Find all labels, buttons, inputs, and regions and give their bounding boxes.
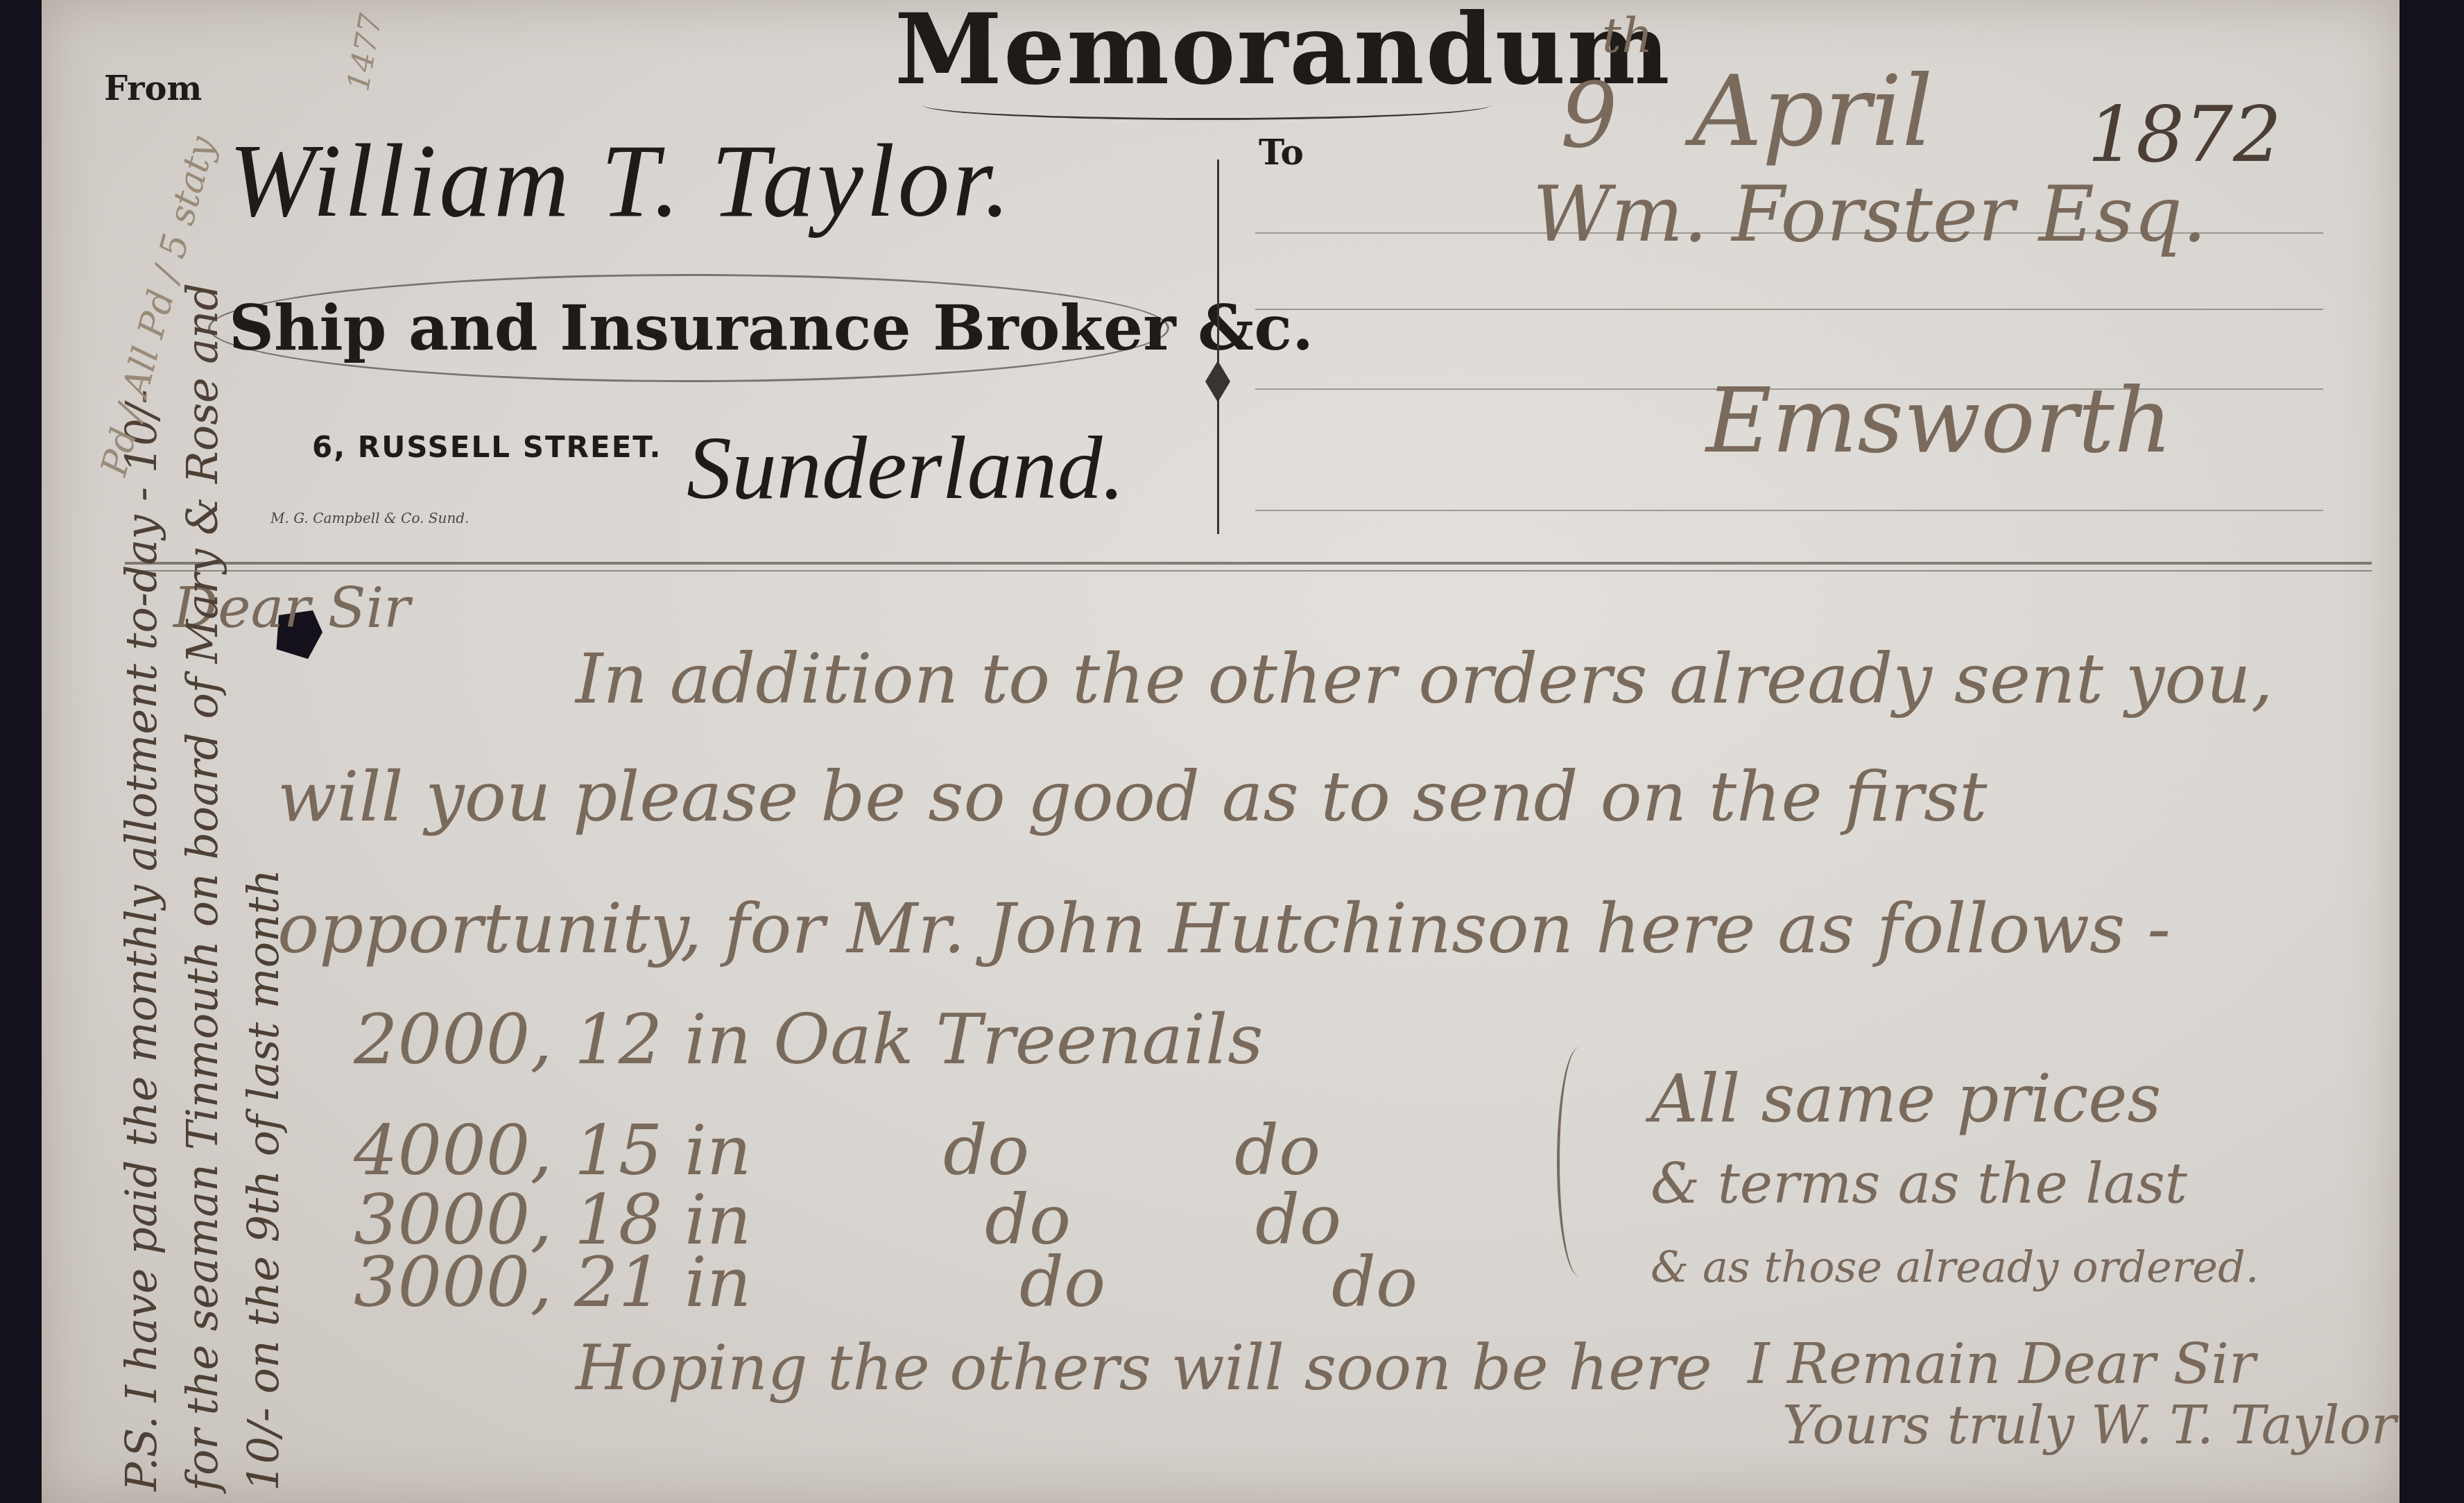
header-divider-rule-secondary bbox=[125, 570, 2372, 572]
date-month: April bbox=[1692, 55, 1933, 169]
order-size: 12 in bbox=[574, 999, 751, 1080]
curly-brace-icon bbox=[1557, 1047, 1601, 1276]
order-row: 2000, 12 in Oak Treenails bbox=[354, 999, 1263, 1080]
header-divider-rule bbox=[125, 562, 2372, 565]
company-city: Sunderland. bbox=[687, 416, 1125, 520]
title-flourish-ornament bbox=[922, 90, 1491, 120]
to-label: To bbox=[1259, 132, 1304, 173]
orders-note-line-2: & terms as the last bbox=[1651, 1151, 2187, 1216]
address-rule-2 bbox=[1255, 309, 2323, 310]
postscript-line-2: for the seaman Tinmouth on board of Mary… bbox=[172, 104, 233, 1491]
company-name: William T. Taylor. bbox=[229, 121, 1013, 241]
from-label: From bbox=[104, 69, 202, 108]
body-line-3: opportunity, for Mr. John Hutchinson her… bbox=[277, 888, 2171, 969]
company-trade: Ship and Insurance Broker &c. bbox=[229, 291, 1313, 365]
vertical-divider bbox=[1217, 160, 1219, 534]
body-line-2: will you please be so good as to send on… bbox=[277, 756, 1987, 837]
order-ditto: do bbox=[1255, 1179, 1341, 1260]
closing-line: Hoping the others will soon be here bbox=[576, 1332, 1712, 1405]
body-line-1: In addition to the other orders already … bbox=[576, 638, 2273, 719]
recipient-name: Wm. Forster Esq. bbox=[1533, 170, 2207, 259]
address-rule-4 bbox=[1255, 510, 2323, 511]
date-year: 1872 bbox=[2087, 90, 2282, 179]
orders-note-line-3: & as those already ordered. bbox=[1651, 1242, 2259, 1292]
order-row: 3000, 21 in bbox=[354, 1242, 752, 1323]
orders-note-line-1: All same prices bbox=[1651, 1061, 2161, 1137]
order-qty: 3000, bbox=[354, 1242, 552, 1323]
order-size: 21 in bbox=[574, 1242, 751, 1323]
order-ditto: do bbox=[1019, 1242, 1105, 1323]
order-item: Oak Treenails bbox=[773, 999, 1263, 1080]
date-day-suffix: th bbox=[1602, 7, 1653, 64]
postscript-line-3: 10/- on the 9th of last month bbox=[233, 104, 294, 1491]
company-address: 6, RUSSELL STREET. bbox=[312, 430, 662, 464]
order-qty: 2000, bbox=[354, 999, 552, 1080]
date-day: 9 bbox=[1560, 62, 1618, 168]
order-ditto: do bbox=[1332, 1242, 1418, 1323]
signoff-line-1: I Remain Dear Sir bbox=[1748, 1332, 2255, 1396]
signature: Yours truly W. T. Taylor bbox=[1782, 1394, 2396, 1456]
recipient-place: Emsworth bbox=[1706, 368, 2173, 473]
